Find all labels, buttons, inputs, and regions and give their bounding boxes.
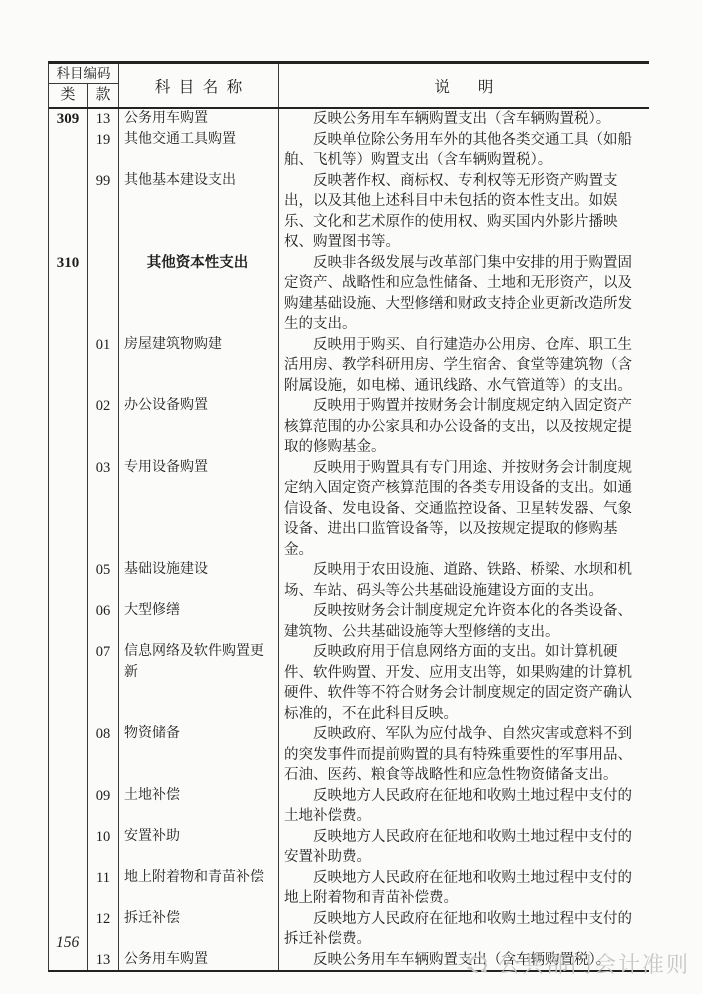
table-row: 99 其他基本建设支出 反映著作权、商标权、专利权等无形资产购置支出，以及其他上… [49,171,649,253]
table-row: 07 信息网络及软件购置更新 反映政府用于信息网络方面的支出。如计算机硬件、软件… [49,642,649,724]
page-number: 156 [56,934,79,952]
subject-name-cell: 公务用车购置 [119,950,279,971]
subject-name-cell: 房屋建筑物购建 [119,335,279,397]
description-cell: 反映地方人民政府在征地和收购土地过程中支付的地上附着物和青苗补偿费。 [279,868,649,909]
class-code-cell [49,130,88,171]
subject-name-column-header: 科目名称 [119,64,279,107]
document-page: 科目编码 类 款 科目名称 说明 309 13 公务用车购置 反映公务用车车辆购… [0,0,702,994]
code-group-header: 科目编码 类 款 [49,64,119,107]
item-code-cell: 13 [88,109,119,130]
subject-name-cell: 其他资本性支出 [119,253,279,335]
item-code-cell: 01 [88,335,119,397]
table-row: 310 其他资本性支出 反映非各级发展与改革部门集中安排的用于购置固定资产、战略… [49,253,649,335]
item-code-cell [88,253,119,335]
subject-name-cell: 地上附着物和青苗补偿 [119,868,279,909]
table-row: 309 13 公务用车购置 反映公务用车车辆购置支出（含车辆购置税）。 [49,109,649,130]
subject-name-cell: 公务用车购置 [119,109,279,130]
table-row: 12 拆迁补偿 反映地方人民政府在征地和收购土地过程中支付的拆迁补偿费。 [49,909,649,950]
item-code-cell: 02 [88,396,119,458]
description-column-header: 说明 [279,64,649,107]
subject-name-cell: 专用设备购置 [119,458,279,561]
item-code-cell: 05 [88,560,119,601]
class-code-cell [49,560,88,601]
class-code-cell: 310 [49,253,88,335]
item-code-cell: 09 [88,786,119,827]
code-group-label: 科目编码 [49,64,118,84]
subject-name-cell: 办公设备购置 [119,396,279,458]
table-row: 06 大型修缮 反映按财务会计制度规定允许资本化的各类设备、建筑物、公共基础设施… [49,601,649,642]
table-row: 10 安置补助 反映地方人民政府在征地和收购土地过程中支付的安置补助费。 [49,827,649,868]
class-code-cell [49,335,88,397]
publisher-watermark: 公共部门会计准则 [464,948,690,979]
item-column-header: 款 [88,84,118,107]
class-code-cell [49,724,88,786]
subject-code-table: 科目编码 类 款 科目名称 说明 309 13 公务用车购置 反映公务用车车辆购… [48,61,649,972]
description-cell: 反映政府、军队为应付战争、自然灾害或意料不到的突发事件而提前购置的具有特殊重要性… [279,724,649,786]
code-subheaders: 类 款 [49,84,118,107]
item-code-cell: 11 [88,868,119,909]
table-row: 05 基础设施建设 反映用于农田设施、道路、铁路、桥梁、水坝和机场、车站、码头等… [49,560,649,601]
description-cell: 反映非各级发展与改革部门集中安排的用于购置固定资产、战略性和应急性储备、土地和无… [279,253,649,335]
description-cell: 反映政府用于信息网络方面的支出。如计算机硬件、软件购置、开发、应用支出等，如果购… [279,642,649,724]
description-cell: 反映著作权、商标权、专利权等无形资产购置支出，以及其他上述科目中未包括的资本性支… [279,171,649,253]
subject-name-cell: 物资储备 [119,724,279,786]
subject-name-cell: 其他交通工具购置 [119,130,279,171]
description-cell: 反映用于购买、自行建造办公用房、仓库、职工生活用房、教学科研用房、学生宿舍、食堂… [279,335,649,397]
item-code-cell: 12 [88,909,119,950]
table-row: 01 房屋建筑物购建 反映用于购买、自行建造办公用房、仓库、职工生活用房、教学科… [49,335,649,397]
description-cell: 反映用于农田设施、道路、铁路、桥梁、水坝和机场、车站、码头等公共基础设施建设方面… [279,560,649,601]
class-code-cell [49,171,88,253]
subject-name-cell: 土地补偿 [119,786,279,827]
class-code-cell [49,868,88,909]
table-header: 科目编码 类 款 科目名称 说明 [49,64,649,109]
item-code-cell: 13 [88,950,119,971]
description-cell: 反映地方人民政府在征地和收购土地过程中支付的拆迁补偿费。 [279,909,649,950]
class-code-cell [49,642,88,724]
table-row: 03 专用设备购置 反映用于购置具有专门用途、并按财务会计制度规定纳入固定资产核… [49,458,649,561]
subject-name-cell: 安置补助 [119,827,279,868]
class-code-cell: 309 [49,109,88,130]
table-row: 11 地上附着物和青苗补偿 反映地方人民政府在征地和收购土地过程中支付的地上附着… [49,868,649,909]
table-row: 09 土地补偿 反映地方人民政府在征地和收购土地过程中支付的土地补偿费。 [49,786,649,827]
item-code-cell: 07 [88,642,119,724]
description-cell: 反映单位除公务用车外的其他各类交通工具（如船舶、飞机等）购置支出（含车辆购置税）… [279,130,649,171]
subject-name-cell: 信息网络及软件购置更新 [119,642,279,724]
publisher-logo-icon [464,951,490,977]
table-row: 02 办公设备购置 反映用于购置并按财务会计制度规定纳入固定资产核算范围的办公家… [49,396,649,458]
item-code-cell: 06 [88,601,119,642]
description-cell: 反映用于购置具有专门用途、并按财务会计制度规定纳入固定资产核算范围的各类专用设备… [279,458,649,561]
description-cell: 反映地方人民政府在征地和收购土地过程中支付的安置补助费。 [279,827,649,868]
class-code-cell [49,786,88,827]
class-column-header: 类 [49,84,88,107]
description-cell: 反映用于购置并按财务会计制度规定纳入固定资产核算范围的办公家具和办公设备的支出，… [279,396,649,458]
subject-name-cell: 大型修缮 [119,601,279,642]
subject-name-cell: 拆迁补偿 [119,909,279,950]
class-code-cell [49,950,88,971]
description-cell: 反映按财务会计制度规定允许资本化的各类设备、建筑物、公共基础设施等大型修缮的支出… [279,601,649,642]
subject-name-cell: 其他基本建设支出 [119,171,279,253]
item-code-cell: 08 [88,724,119,786]
table-row: 19 其他交通工具购置 反映单位除公务用车外的其他各类交通工具（如船舶、飞机等）… [49,130,649,171]
item-code-cell: 99 [88,171,119,253]
class-code-cell [49,396,88,458]
table-row: 08 物资储备 反映政府、军队为应付战争、自然灾害或意料不到的突发事件而提前购置… [49,724,649,786]
class-code-cell [49,458,88,561]
publisher-watermark-text: 公共部门会计准则 [498,948,690,979]
table-body: 309 13 公务用车购置 反映公务用车车辆购置支出（含车辆购置税）。 19 其… [49,109,649,970]
item-code-cell: 19 [88,130,119,171]
description-cell: 反映公务用车车辆购置支出（含车辆购置税）。 [279,109,649,130]
class-code-cell [49,827,88,868]
item-code-cell: 10 [88,827,119,868]
item-code-cell: 03 [88,458,119,561]
class-code-cell [49,601,88,642]
subject-name-cell: 基础设施建设 [119,560,279,601]
description-cell: 反映地方人民政府在征地和收购土地过程中支付的土地补偿费。 [279,786,649,827]
